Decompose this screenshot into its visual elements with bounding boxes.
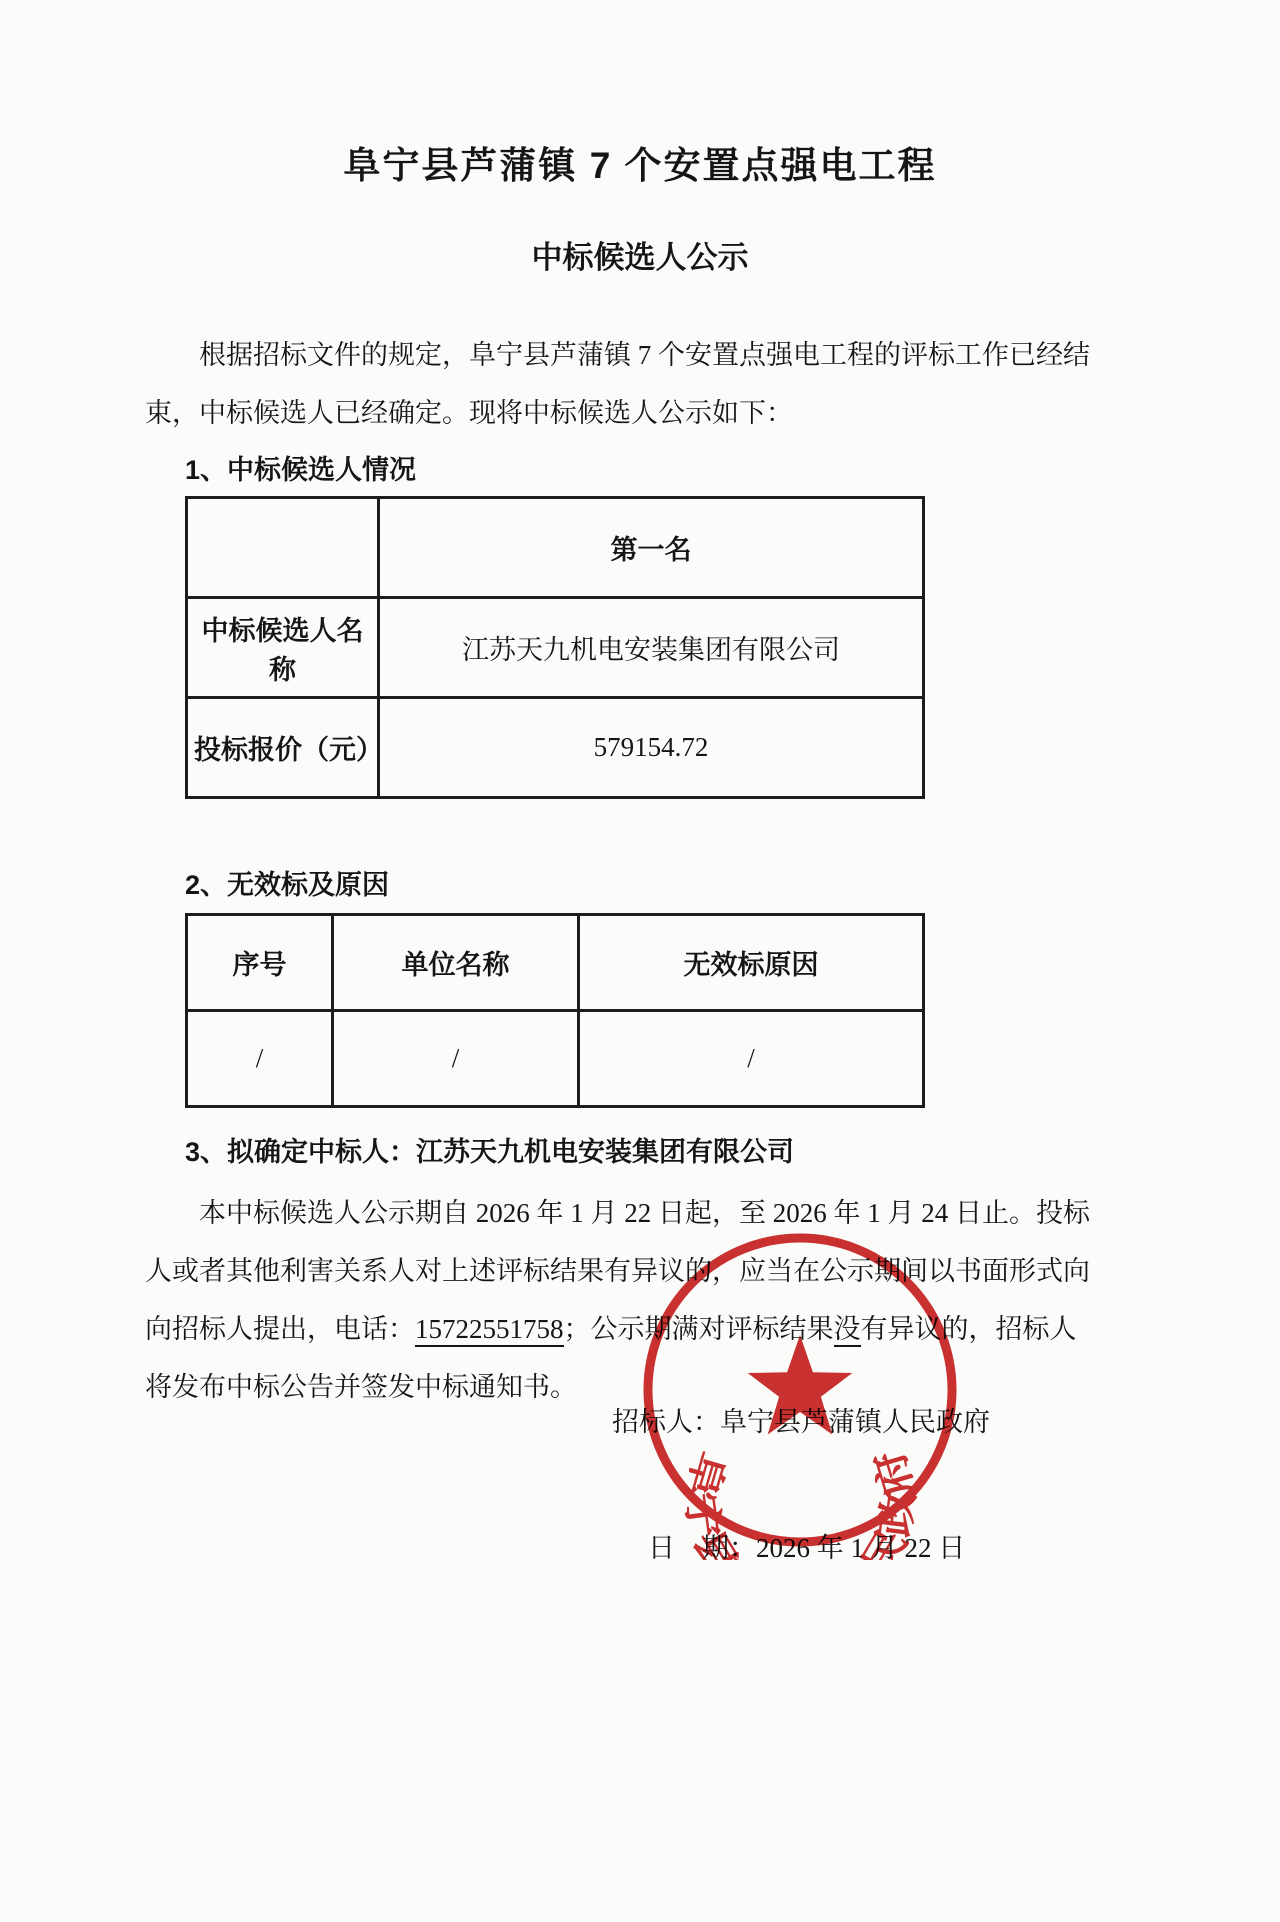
table-header-row: 序号 单位名称 无效标原因: [187, 915, 924, 1011]
document-title: 阜宁县芦蒲镇 7 个安置点强电工程: [145, 140, 1135, 192]
closing-line-3: 向招标人提出，电话：15722551758；公示期满对评标结果没有异议的，招标人: [145, 1300, 1135, 1358]
document-content: 阜宁县芦蒲镇 7 个安置点强电工程 中标候选人公示 根据招标文件的规定，阜宁县芦…: [0, 0, 1280, 1416]
candidate-name-value-cell: 江苏天九机电安装集团有限公司: [379, 598, 924, 698]
bid-price-label-cell: 投标报价（元）: [187, 698, 379, 798]
invalid-reason-header-cell: 无效标原因: [579, 915, 924, 1011]
table-row: 第一名: [187, 498, 924, 598]
table-row: 投标报价（元） 579154.72: [187, 698, 924, 798]
bid-price-value-cell: 579154.72: [379, 698, 924, 798]
candidate-name-label-cell: 中标候选人名称: [187, 598, 379, 698]
unit-name-value-cell: /: [333, 1011, 579, 1107]
closing-line-3-mid: ；公示期满对评标结果: [564, 1314, 834, 1344]
document-page: 阜宁县芦蒲镇 7 个安置点强电工程 中标候选人公示 根据招标文件的规定，阜宁县芦…: [0, 0, 1280, 1922]
seq-value-cell: /: [187, 1011, 333, 1107]
section-heading-candidates: 1、中标候选人情况: [145, 450, 1135, 490]
candidates-table: 第一名 中标候选人名称 江苏天九机电安装集团有限公司 投标报价（元） 57915…: [185, 496, 925, 799]
closing-line-3-emphasis: 没: [834, 1314, 861, 1347]
section-heading-winner: 3、拟确定中标人：江苏天九机电安装集团有限公司: [145, 1132, 1135, 1172]
invalid-bids-table: 序号 单位名称 无效标原因 / / /: [185, 913, 925, 1108]
intro-paragraph: 根据招标文件的规定，阜宁县芦蒲镇 7 个安置点强电工程的评标工作已经结 束，中标…: [145, 326, 1135, 442]
closing-line-3-post: 有异议的，招标人: [861, 1314, 1077, 1344]
table-row: / / /: [187, 1011, 924, 1107]
date-line: 日 期：2026 年 1 月 22 日: [648, 1526, 965, 1565]
table-row: 中标候选人名称 江苏天九机电安装集团有限公司: [187, 598, 924, 698]
phone-number: 15722551758: [415, 1314, 564, 1347]
closing-line-3-pre: 向招标人提出，电话：: [145, 1314, 415, 1344]
closing-line-1: 本中标候选人公示期自 2026 年 1 月 22 日起，至 2026 年 1 月…: [145, 1184, 1135, 1242]
invalid-reason-value-cell: /: [579, 1011, 924, 1107]
intro-line-1: 根据招标文件的规定，阜宁县芦蒲镇 7 个安置点强电工程的评标工作已经结: [145, 326, 1135, 384]
unit-name-header-cell: 单位名称: [333, 915, 579, 1011]
closing-paragraph: 本中标候选人公示期自 2026 年 1 月 22 日起，至 2026 年 1 月…: [145, 1184, 1135, 1416]
document-subtitle: 中标候选人公示: [145, 236, 1135, 280]
rank-header-cell: 第一名: [379, 498, 924, 598]
closing-line-2: 人或者其他利害关系人对上述评标结果有异议的，应当在公示期间以书面形式向: [145, 1242, 1135, 1300]
empty-corner-cell: [187, 498, 379, 598]
section-heading-invalid-bids: 2、无效标及原因: [145, 865, 1135, 905]
seq-header-cell: 序号: [187, 915, 333, 1011]
intro-line-2: 束，中标候选人已经确定。现将中标候选人公示如下：: [145, 384, 1135, 442]
tenderer-signature: 招标人：阜宁县芦蒲镇人民政府: [612, 1400, 990, 1439]
